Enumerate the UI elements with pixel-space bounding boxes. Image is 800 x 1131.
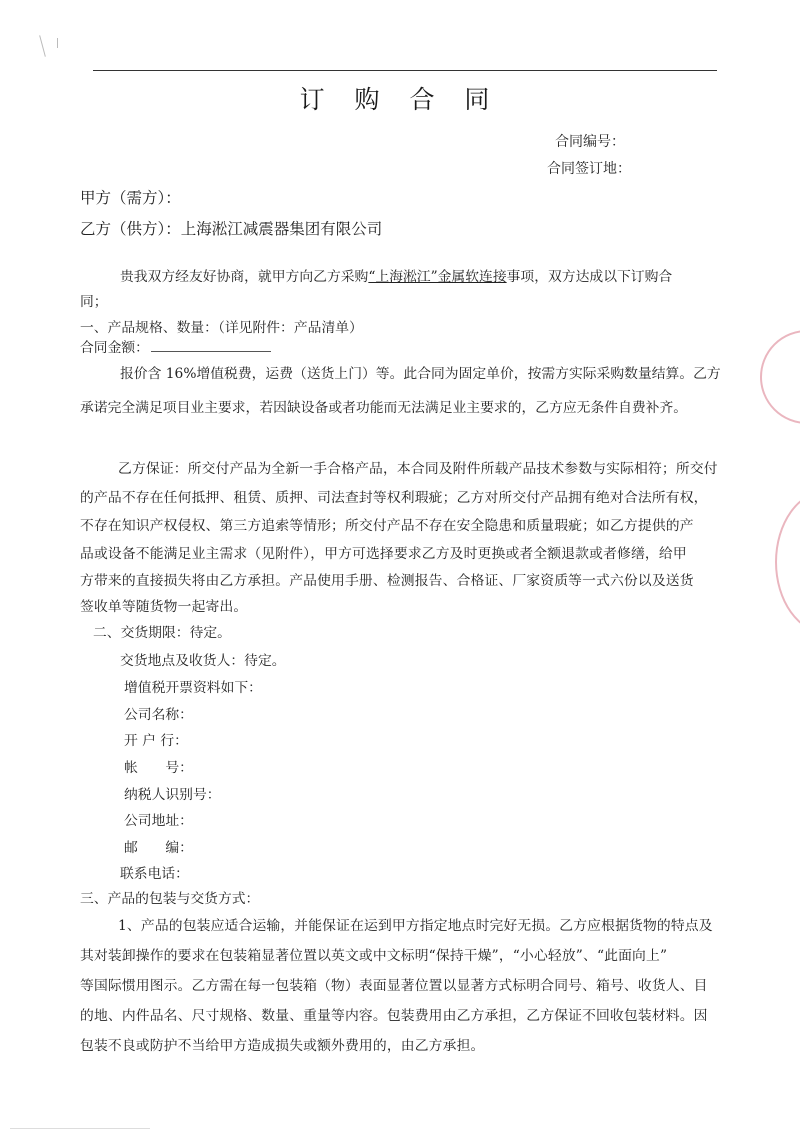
contact-phone: 联系电话： <box>120 862 189 882</box>
guarantee-line: 的产品不存在任何抵押、租赁、质押、司法查封等权利瑕疵；乙方对所交付产品拥有绝对合… <box>80 486 708 506</box>
header-rule <box>93 70 717 71</box>
invoice-field-postcode: 邮 编： <box>124 836 193 856</box>
seal-stamp-partial <box>760 330 800 424</box>
guarantee-line: 方带来的直接损失将由乙方承担。产品使用手册、检测报告、合格证、厂家资质等一式六份… <box>80 569 694 589</box>
party-b-name: 上海淞江减震器集团有限公司 <box>181 220 383 238</box>
contract-amount-label: 合同金额： <box>80 340 149 356</box>
intro-line-2: 同； <box>80 290 108 310</box>
intro-line-1: 贵我双方经友好协商，就甲方向乙方采购“上海淞江”金属软连接事项，双方达成以下订购… <box>120 265 672 285</box>
invoice-field-bank: 开 户 行： <box>124 729 188 749</box>
packaging-line: 1、产品的包装应适合运输，并能保证在运到甲方指定地点时完好无损。乙方应根据货物的… <box>118 914 713 934</box>
product-name: “上海淞江”金属软连接 <box>368 269 506 285</box>
packaging-line: 等国际惯用图示。乙方需在每一包装箱（物）表面显著位置以显著方式标明合同号、箱号、… <box>80 974 708 994</box>
party-a-label: 甲方（需方）： <box>80 186 181 208</box>
delivery-place: 交货地点及收货人：待定。 <box>120 649 286 669</box>
section-1-heading: 一、产品规格、数量：（详见附件：产品清单） <box>80 316 363 336</box>
seal-stamp-partial <box>775 490 800 634</box>
guarantee-line: 签收单等随货物一起寄出。 <box>80 595 247 615</box>
party-b-label: 乙方（供方）： <box>80 220 181 238</box>
section-2-heading: 二、交货期限：待定。 <box>93 621 231 641</box>
scan-artifact <box>57 38 58 48</box>
invoice-field-account: 帐 号： <box>124 756 193 776</box>
guarantee-line: 品或设备不能满足业主需求（见附件），甲方可选择要求乙方及时更换或者全额退款或者修… <box>80 542 687 562</box>
guarantee-line: 乙方保证：所交付产品为全新一手合格产品，本合同及附件所载产品技术参数与实际相符；… <box>118 457 718 477</box>
scan-artifact <box>39 35 46 57</box>
invoice-field-address: 公司地址： <box>124 809 193 829</box>
contract-place-label: 合同签订地： <box>547 158 631 178</box>
invoice-heading: 增值税开票资料如下： <box>124 676 262 696</box>
contract-number-label: 合同编号： <box>555 131 625 151</box>
section-3-heading: 三、产品的包装与交货方式： <box>80 887 259 907</box>
pricing-line-1: 报价含 16%增值税费，运费（送货上门）等。此合同为固定单价，按需方实际采购数量… <box>120 362 721 382</box>
packaging-line: 的地、内件品名、尺寸规格、数量、重量等内容。包装费用由乙方承担，乙方保证不回收包… <box>80 1004 708 1024</box>
intro-suffix: 事项，双方达成以下订购合 <box>507 269 673 285</box>
document-title: 订 购 合 同 <box>0 80 800 116</box>
packaging-line: 其对装卸操作的要求在包装箱显著位置以英文或中文标明“保持干燥”，“小心轻放”、“… <box>80 944 667 964</box>
guarantee-line: 不存在知识产权侵权、第三方追索等情形；所交付产品不存在安全隐患和质量瑕疵；如乙方… <box>80 514 694 534</box>
intro-prefix: 贵我双方经友好协商，就甲方向乙方采购 <box>120 269 368 285</box>
party-b: 乙方（供方）：上海淞江减震器集团有限公司 <box>80 217 382 239</box>
packaging-line: 包装不良或防护不当给甲方造成损失或额外费用的，由乙方承担。 <box>80 1034 484 1054</box>
scan-edge <box>10 1128 150 1129</box>
contract-amount: 合同金额： <box>80 336 271 356</box>
pricing-line-2: 承诺完全满足项目业主要求，若因缺设备或者功能而无法满足业主要求的，乙方应无条件自… <box>80 396 687 416</box>
contract-amount-blank <box>151 339 271 352</box>
invoice-field-tax-id: 纳税人识别号： <box>124 783 221 803</box>
invoice-field-company-name: 公司名称： <box>124 703 193 723</box>
